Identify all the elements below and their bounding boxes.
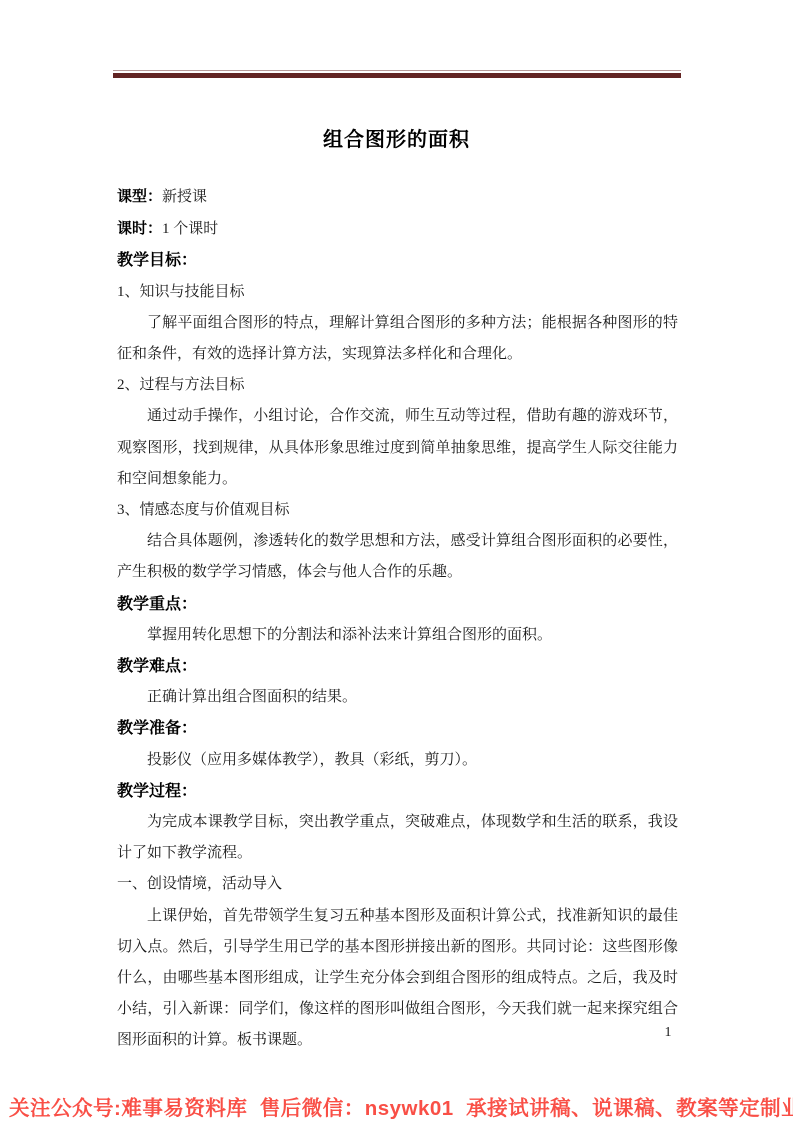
teaching-process-heading: 教学过程：	[117, 776, 678, 807]
document-title: 组合图形的面积	[0, 123, 793, 152]
objective-1-paragraph: 了解平面组合图形的特点，理解计算组合图形的多种方法；能根据各种图形的特征和条件，…	[117, 308, 678, 370]
course-type-value: 新授课	[162, 189, 207, 205]
objective-1-subheading: 1、知识与技能目标	[117, 277, 678, 308]
teaching-difficulties-paragraph: 正确计算出组合图面积的结果。	[117, 682, 678, 713]
objective-3-paragraph: 结合具体题例，渗透转化的数学思想和方法，感受计算组合图形面积的必要性，产生积极的…	[117, 526, 678, 588]
course-hours-line: 课时：1 个课时	[117, 213, 678, 245]
teaching-process-intro-paragraph: 为完成本课教学目标，突出教学重点，突破难点，体现数学和生活的联系，我设计了如下教…	[117, 807, 678, 869]
page-number: 1	[655, 1025, 681, 1041]
section-1-subheading: 一、创设情境，活动导入	[117, 869, 678, 900]
objective-3-subheading: 3、情感态度与价值观目标	[117, 495, 678, 526]
course-type-line: 课型：新授课	[117, 181, 678, 213]
course-hours-value: 1 个课时	[162, 221, 218, 237]
course-type-label: 课型：	[117, 188, 162, 205]
document-body: 课型：新授课 课时：1 个课时 教学目标： 1、知识与技能目标 了解平面组合图形…	[117, 181, 678, 1057]
section-1-paragraph: 上课伊始，首先带领学生复习五种基本图形及面积计算公式，找准新知识的最佳切入点。然…	[117, 901, 678, 1057]
header-rule	[113, 70, 681, 78]
teaching-preparation-heading: 教学准备：	[117, 713, 678, 744]
teaching-key-points-heading: 教学重点：	[117, 589, 678, 620]
header-rule-thick-line	[113, 73, 681, 78]
teaching-difficulties-heading: 教学难点：	[117, 651, 678, 682]
objective-2-paragraph: 通过动手操作，小组讨论，合作交流，师生互动等过程，借助有趣的游戏环节，观察图形，…	[117, 401, 678, 495]
course-hours-label: 课时：	[117, 220, 162, 237]
footer-banner: 关注公众号:难事易资料库 售后微信：nsywk01 承接试讲稿、说课稿、教案等定…	[9, 1091, 793, 1121]
teaching-objectives-heading: 教学目标：	[117, 245, 678, 276]
teaching-preparation-paragraph: 投影仪（应用多媒体教学），教具（彩纸，剪刀）。	[117, 745, 678, 776]
objective-2-subheading: 2、过程与方法目标	[117, 370, 678, 401]
teaching-key-points-paragraph: 掌握用转化思想下的分割法和添补法来计算组合图形的面积。	[117, 620, 678, 651]
document-page: 组合图形的面积 课型：新授课 课时：1 个课时 教学目标： 1、知识与技能目标 …	[0, 0, 793, 1122]
